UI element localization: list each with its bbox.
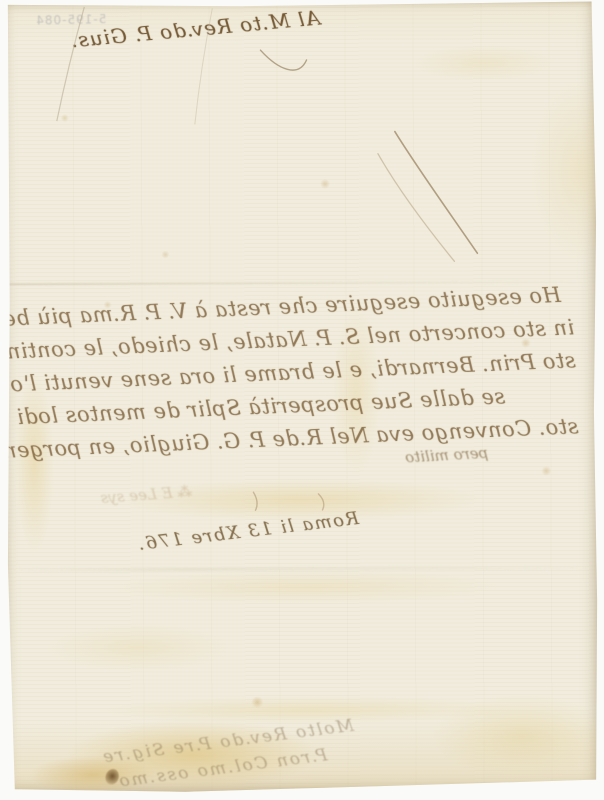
address-lines: Molto Rev.do P.re Sig.re P.ron Col.mo os… — [40, 713, 359, 794]
pen-stroke-long — [395, 131, 478, 253]
dateline-mirrored: Roma li 13 Xbre 176. — [114, 508, 360, 558]
pen-stroke-short — [378, 153, 454, 261]
letter-body-lines: Ho eseguito eseguire che resta à V. P. R… — [25, 278, 580, 466]
heading-line-mirrored: Al M.to Rev.do P. Gius. — [80, 6, 321, 52]
address-block-mirrored: Molto Rev.do P.re Sig.re P.ron Col.mo os… — [40, 713, 359, 794]
heading-flourish-tail — [260, 50, 306, 70]
letter-body-mirrored: Ho eseguito eseguire che resta à V. P. R… — [25, 278, 580, 466]
stray-ink-tail-right — [318, 494, 323, 510]
paper-sheet: 5-195-084 Al M.to Rev.do P. Gius. Ho ese… — [4, 1, 599, 794]
fold-crease-lower — [7, 567, 599, 572]
scan-canvas: 5-195-084 Al M.to Rev.do P. Gius. Ho ese… — [0, 0, 604, 800]
signature-flourish-faint: ⁂ E Lee sys — [72, 482, 193, 509]
stray-ink-tail-left — [253, 492, 257, 510]
